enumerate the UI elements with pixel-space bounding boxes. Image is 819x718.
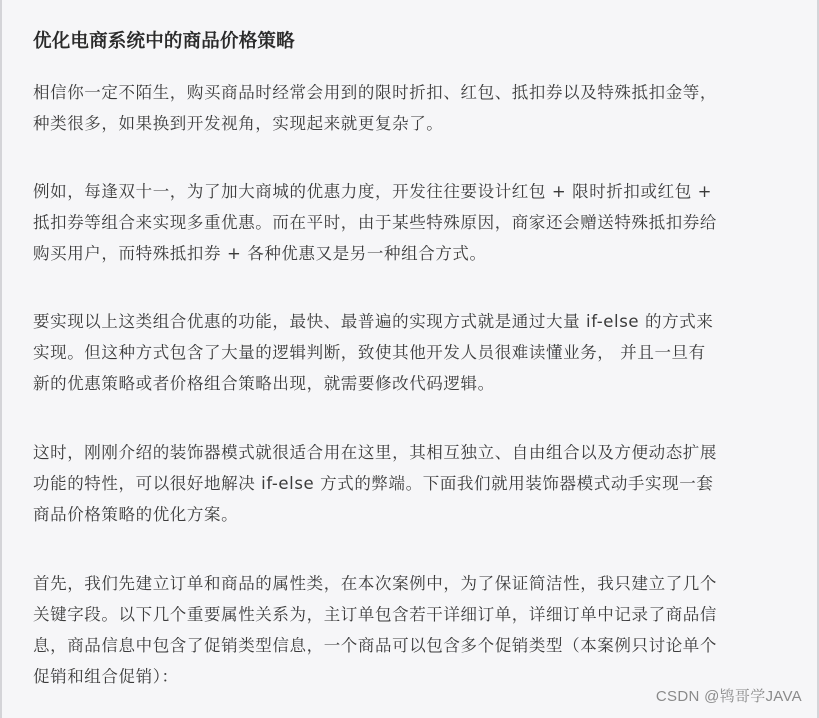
- article-title: 优化电商系统中的商品价格策略: [33, 27, 793, 57]
- paragraph-intro: 相信你一定不陌生，购买商品时经常会用到的限时折扣、红包、抵扣券以及特殊抵扣金等，…: [33, 77, 793, 139]
- paragraph-line: 这时，刚刚介绍的装饰器模式就很适合用在这里，其相互独立、自由组合以及方便动态扩展: [33, 437, 793, 468]
- paragraph-line: 首先，我们先建立订单和商品的属性类，在本次案例中，为了保证简洁性，我只建立了几个: [33, 568, 793, 599]
- paragraph-line: 种类很多，如果换到开发视角，实现起来就更复杂了。: [33, 108, 793, 139]
- paragraph-line: 商品价格策略的优化方案。: [33, 499, 793, 530]
- paragraph-order-classes: 首先，我们先建立订单和商品的属性类，在本次案例中，为了保证简洁性，我只建立了几个…: [33, 568, 793, 692]
- paragraph-if-else-problem: 要实现以上这类组合优惠的功能，最快、最普遍的实现方式就是通过大量 if-else…: [33, 306, 793, 399]
- paragraph-line: 功能的特性，可以很好地解决 if-else 方式的弊端。下面我们就用装饰器模式动…: [33, 468, 793, 499]
- paragraph-line: 息，商品信息中包含了促销类型信息，一个商品可以包含多个促销类型（本案例只讨论单个: [33, 630, 793, 661]
- article: 优化电商系统中的商品价格策略 相信你一定不陌生，购买商品时经常会用到的限时折扣、…: [33, 27, 793, 57]
- paragraph-line: 相信你一定不陌生，购买商品时经常会用到的限时折扣、红包、抵扣券以及特殊抵扣金等，: [33, 77, 793, 108]
- paragraph-line: 实现。但这种方式包含了大量的逻辑判断，致使其他开发人员很难读懂业务， 并且一旦有: [33, 337, 793, 368]
- paragraph-line: 要实现以上这类组合优惠的功能，最快、最普遍的实现方式就是通过大量 if-else…: [33, 306, 793, 337]
- paragraph-line: 关键字段。以下几个重要属性关系为，主订单包含若干详细订单，详细订单中记录了商品信: [33, 599, 793, 630]
- paragraph-line: 新的优惠策略或者价格组合策略出现，就需要修改代码逻辑。: [33, 368, 793, 399]
- paragraph-line: 例如，每逢双十一，为了加大商城的优惠力度，开发往往要设计红包 + 限时折扣或红包…: [33, 176, 793, 207]
- csdn-watermark: CSDN @鸨哥学JAVA: [656, 685, 802, 706]
- paragraph-example: 例如，每逢双十一，为了加大商城的优惠力度，开发往往要设计红包 + 限时折扣或红包…: [33, 176, 793, 269]
- document-page: 优化电商系统中的商品价格策略 相信你一定不陌生，购买商品时经常会用到的限时折扣、…: [0, 0, 819, 718]
- paragraph-line: 抵扣券等组合来实现多重优惠。而在平时，由于某些特殊原因，商家还会赠送特殊抵扣券给: [33, 207, 793, 238]
- paragraph-line: 购买用户，而特殊抵扣券 + 各种优惠又是另一种组合方式。: [33, 238, 793, 269]
- paragraph-decorator-solution: 这时，刚刚介绍的装饰器模式就很适合用在这里，其相互独立、自由组合以及方便动态扩展…: [33, 437, 793, 530]
